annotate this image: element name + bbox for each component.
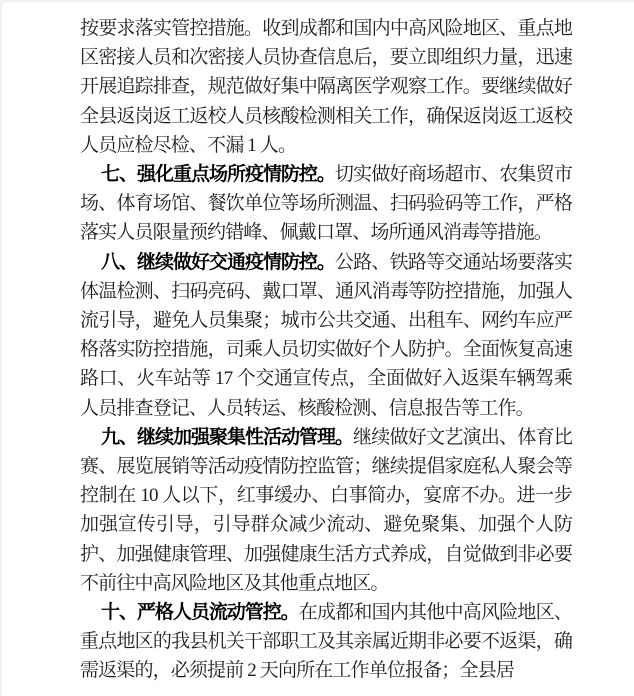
paragraph-continuation: 按要求落实管控措施。收到成都和国内中高风险地区、重点地区密接人员和次密接人员协查… [80,14,572,160]
page-left-edge [0,0,2,696]
paragraph-section-8: 八、继续做好交通疫情防控。公路、铁路等交通站场要落实体温检测、扫码亮码、戴口罩、… [80,248,572,423]
section-10-heading: 十、严格人员流动管控。 [101,602,299,623]
section-9-heading: 九、继续加强聚集性活动管理。 [101,427,353,448]
page-top-edge [0,0,634,3]
section-7-heading: 七、强化重点场所疫情防控。 [101,164,335,185]
paragraph-text: 按要求落实管控措施。收到成都和国内中高风险地区、重点地区密接人员和次密接人员协查… [80,18,572,156]
paragraph-text: 继续做好文艺演出、体育比赛、展览展销等活动疫情防控监管；继续提倡家庭私人聚会等控… [80,427,572,594]
document-body: 按要求落实管控措施。收到成都和国内中高风险地区、重点地区密接人员和次密接人员协查… [80,14,572,686]
paragraph-section-7: 七、强化重点场所疫情防控。切实做好商场超市、农集贸市场、体育场馆、餐饮单位等场所… [80,160,572,248]
paragraph-text: 公路、铁路等交通站场要落实体温检测、扫码亮码、戴口罩、通风消毒等防控措施，加强人… [80,252,572,419]
document-page: 按要求落实管控措施。收到成都和国内中高风险地区、重点地区密接人员和次密接人员协查… [0,0,634,696]
section-8-heading: 八、继续做好交通疫情防控。 [101,252,335,273]
paragraph-section-9: 九、继续加强聚集性活动管理。继续做好文艺演出、体育比赛、展览展销等活动疫情防控监… [80,423,572,598]
paragraph-section-10: 十、严格人员流动管控。在成都和国内其他中高风险地区、重点地区的我县机关干部职工及… [80,598,572,686]
